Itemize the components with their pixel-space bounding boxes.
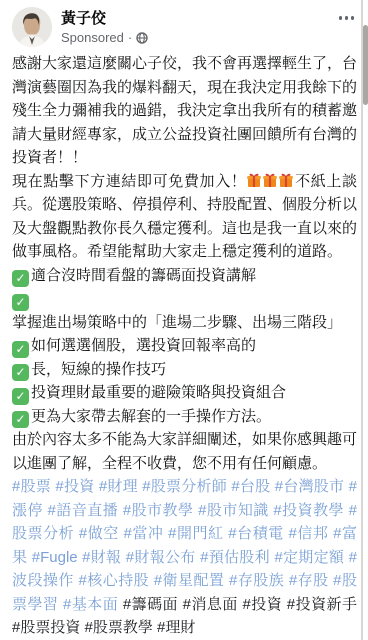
page-name[interactable]: 黃子佼 <box>61 9 148 28</box>
sponsored-label: Sponsored <box>61 30 124 45</box>
sponsored-meta: Sponsored · <box>61 30 148 45</box>
check-icon: ✓ <box>12 341 29 358</box>
check-icon: ✓ <box>12 270 29 287</box>
scrollbar-thumb[interactable] <box>363 25 368 105</box>
post-intro-paragraph: 感謝大家還這麼關心子佼，我不會再選擇輕生了，台灣演藝圈因為我的爆料翻天，現在我決… <box>12 52 357 170</box>
post-options-ellipsis-icon[interactable] <box>326 8 354 28</box>
bullet-text: 投資理財最重要的避險策略與投資組合 <box>31 384 286 401</box>
bullet-text: 長，短線的操作技巧 <box>31 361 166 378</box>
post-body: 感謝大家還這麼關心子佼，我不會再選擇輕生了，台灣演藝圈因為我的爆料翻天，現在我決… <box>0 49 368 640</box>
bullet-text: 如何選選個股，選投資回報率高的 <box>31 337 256 354</box>
profile-photo-person-icon <box>12 7 52 47</box>
check-icon: ✓ <box>12 364 29 381</box>
bullet-line: ✓更為大家帶去解套的一手操作方法。 <box>12 405 357 429</box>
header-text: 黃子佼 Sponsored · <box>61 9 148 45</box>
bullet-text: 更為大家帶去解套的一手操作方法。 <box>31 408 271 425</box>
bullet-line: ✓如何選選個股，選投資回報率高的 <box>12 334 357 358</box>
bullet-text: 適合沒時間看盤的籌碼面投資講解 <box>31 267 256 284</box>
gift-icon <box>278 172 294 188</box>
bullet-line: ✓掌握進出場策略中的「進場二步驟、出場三階段」 <box>12 287 357 334</box>
bullet-line: ✓投資理財最重要的避險策略與投資組合 <box>12 381 357 405</box>
hashtag-links[interactable]: #股票 #投資 #財理 #股票分析師 #台股 #台灣股市 #漲停 #語音直播 #… <box>12 478 357 613</box>
meta-separator: · <box>128 30 132 45</box>
gift-icon <box>246 172 262 188</box>
post-closing-paragraph: 由於內容太多不能為大家詳細闡述，如果你感興趣可以進團了解，全程不收費，您不用有任… <box>12 428 357 475</box>
bullet-line: ✓長，短線的操作技巧 <box>12 358 357 382</box>
sponsored-post: 黃子佼 Sponsored · 感謝大家還這麼關心子佼，我不會再選擇輕生了，台灣… <box>0 0 368 640</box>
hashtags-paragraph: #股票 #投資 #財理 #股票分析師 #台股 #台灣股市 #漲停 #語音直播 #… <box>12 475 357 640</box>
post-cta-paragraph: 現在點擊下方連結即可免費加入！不紙上談兵。從選股策略、停損停利、持股配置、個股分… <box>12 170 357 264</box>
check-icon: ✓ <box>12 388 29 405</box>
cta-text-before: 現在點擊下方連結即可免費加入！ <box>12 173 246 190</box>
check-icon: ✓ <box>12 411 29 428</box>
globe-icon <box>136 32 148 44</box>
bullet-text: 掌握進出場策略中的「進場二步驟、出場三階段」 <box>12 314 342 331</box>
check-icon: ✓ <box>12 294 29 311</box>
avatar[interactable] <box>12 7 52 47</box>
gift-icon <box>262 172 278 188</box>
post-header: 黃子佼 Sponsored · <box>0 0 368 49</box>
bullet-line: ✓適合沒時間看盤的籌碼面投資講解 <box>12 264 357 288</box>
